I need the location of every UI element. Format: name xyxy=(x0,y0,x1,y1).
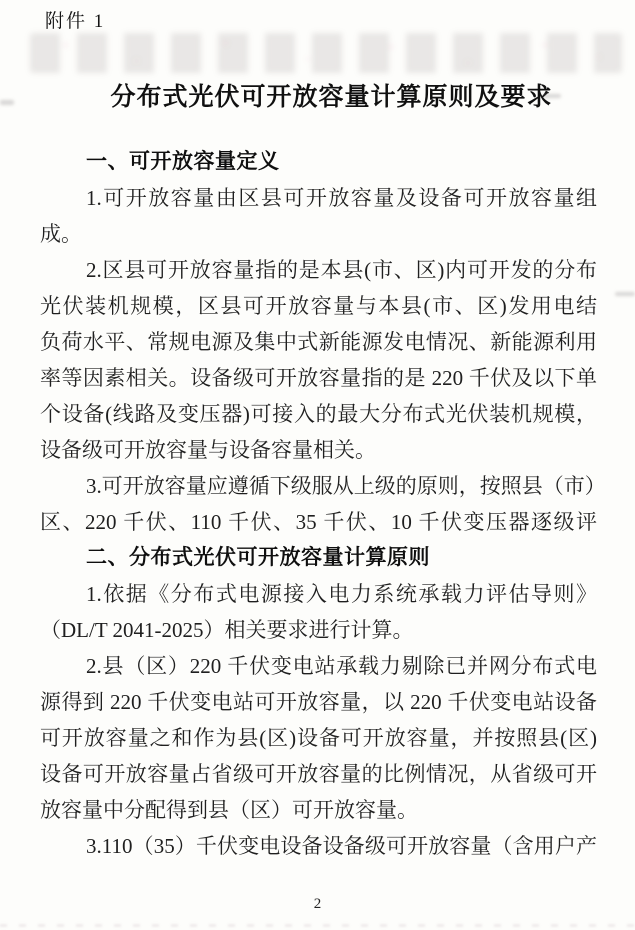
document-page: 附件 1 分布式光伏可开放容量计算原则及要求 一、可开放容量定义1.可开放容量由… xyxy=(0,0,635,930)
text-line: 率等因素相关。设备级可开放容量指的是 220 千伏及以下单 xyxy=(40,360,597,396)
text-line: 区、220 千伏、110 千伏、35 千伏、10 千伏变压器逐级评估。 xyxy=(40,504,597,540)
text-line: 设备级可开放容量与设备容量相关。 xyxy=(40,432,597,468)
text-line: 3.110（35）千伏变电设备设备级可开放容量（含用户产 xyxy=(40,828,597,864)
attachment-label: 附件 1 xyxy=(45,6,105,33)
text-line: 成。 xyxy=(40,216,597,252)
section-heading: 二、分布式光伏可开放容量计算原则 xyxy=(40,540,597,576)
page-number: 2 xyxy=(0,896,635,913)
text-line: 3.可开放容量应遵循下级服从上级的原则，按照县（市） xyxy=(40,468,597,504)
text-line: 个设备(线路及变压器)可接入的最大分布式光伏装机规模， xyxy=(40,396,597,432)
text-line: 1.依据《分布式电源接入电力系统承载力评估导则》 xyxy=(40,576,597,612)
scan-noise-edge xyxy=(0,924,635,927)
scan-streak xyxy=(615,292,635,296)
text-line: 光伏装机规模，区县可开放容量与本县(市、区)发用电结构、 xyxy=(40,288,597,324)
text-line: 源得到 220 千伏变电站可开放容量，以 220 千伏变电站设备 xyxy=(40,684,597,720)
text-line: 2.区县可开放容量指的是本县(市、区)内可开发的分布式 xyxy=(40,252,597,288)
faded-stamp-artifact xyxy=(30,33,622,73)
document-body: 一、可开放容量定义1.可开放容量由区县可开放容量及设备可开放容量组成。2.区县可… xyxy=(40,144,597,864)
text-line: 负荷水平、常规电源及集中式新能源发电情况、新能源利用 xyxy=(40,324,597,360)
scan-streak xyxy=(0,100,14,105)
text-line: 2.县（区）220 千伏变电站承载力剔除已并网分布式电 xyxy=(40,648,597,684)
text-line: 可开放容量之和作为县(区)设备可开放容量，并按照县(区) xyxy=(40,720,597,756)
text-line: 1.可开放容量由区县可开放容量及设备可开放容量组 xyxy=(40,180,597,216)
text-line: （DL/T 2041-2025）相关要求进行计算。 xyxy=(40,612,597,648)
text-line: 放容量中分配得到县（区）可开放容量。 xyxy=(40,792,597,828)
page-title: 分布式光伏可开放容量计算原则及要求 xyxy=(0,77,635,113)
scan-streak xyxy=(543,94,561,98)
section-heading: 一、可开放容量定义 xyxy=(40,144,597,180)
text-line: 设备可开放容量占省级可开放容量的比例情况，从省级可开 xyxy=(40,756,597,792)
